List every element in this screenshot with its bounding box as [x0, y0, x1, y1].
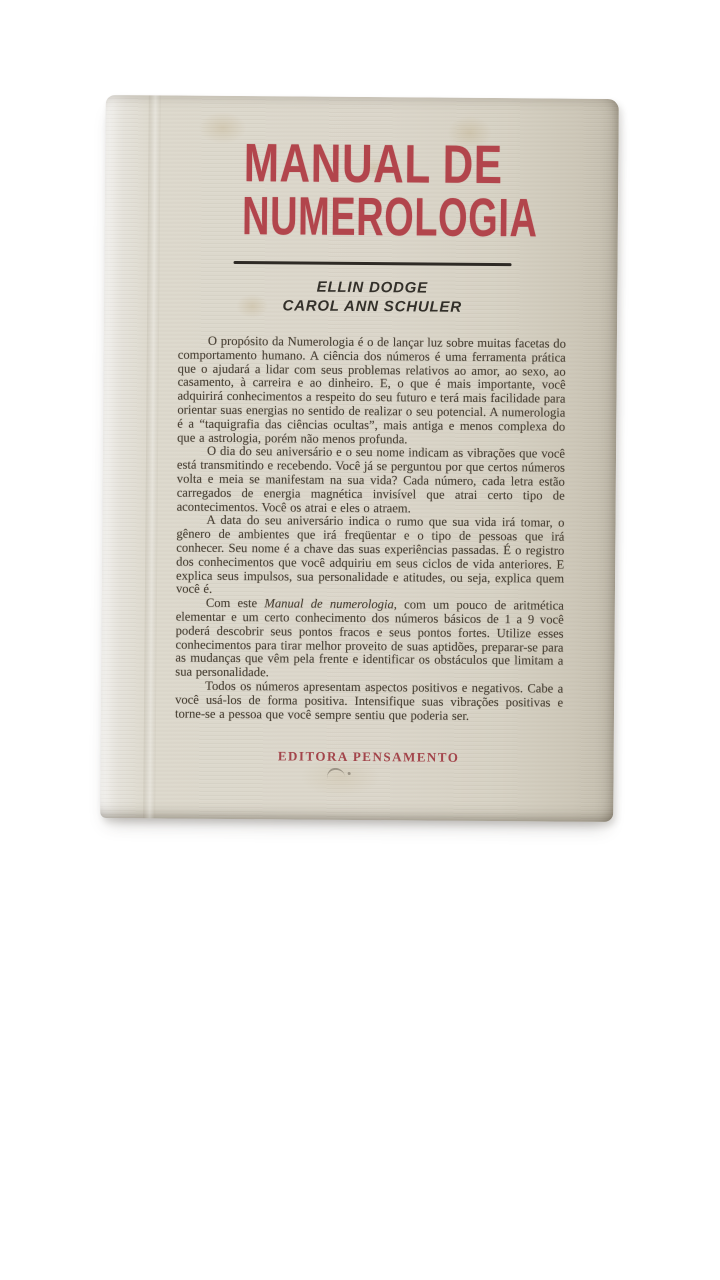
book-title: MANUAL DE NUMEROLOGIA — [179, 137, 568, 246]
title-line-1: MANUAL DE — [244, 137, 503, 192]
blurb-paragraph: A data do seu aniversário indica o rumo … — [176, 514, 565, 600]
back-cover-blurb: O propósito da Numerologia é o de lançar… — [175, 335, 566, 724]
author-names: ELLIN DODGE CAROL ANN SCHULER — [178, 277, 566, 318]
blurb-paragraph: Todos os números apresentam aspectos pos… — [175, 679, 563, 723]
blurb-paragraph: O propósito da Numerologia é o de lançar… — [177, 335, 566, 448]
title-line-2: NUMEROLOGIA — [242, 190, 538, 245]
title-divider-rule — [234, 261, 512, 266]
spine-edge-highlight — [143, 95, 161, 818]
blurb-paragraph: O dia do seu aniversário e o seu nome in… — [177, 445, 566, 517]
author-name-2: CAROL ANN SCHULER — [178, 296, 566, 318]
book-title-italic-mention: Manual de numerologia — [264, 596, 394, 611]
cover-content: MANUAL DE NUMEROLOGIA ELLIN DODGE CAROL … — [174, 96, 568, 822]
blurb-paragraph: Com este Manual de numerologia, com um p… — [175, 597, 564, 683]
photo-background: { "book": { "title": { "line1": "MANUAL … — [0, 0, 720, 1280]
blurb-text: Com este — [206, 596, 265, 610]
publisher-imprint: EDITORA PENSAMENTO — [175, 748, 563, 767]
book-back-cover: MANUAL DE NUMEROLOGIA ELLIN DODGE CAROL … — [100, 95, 619, 822]
